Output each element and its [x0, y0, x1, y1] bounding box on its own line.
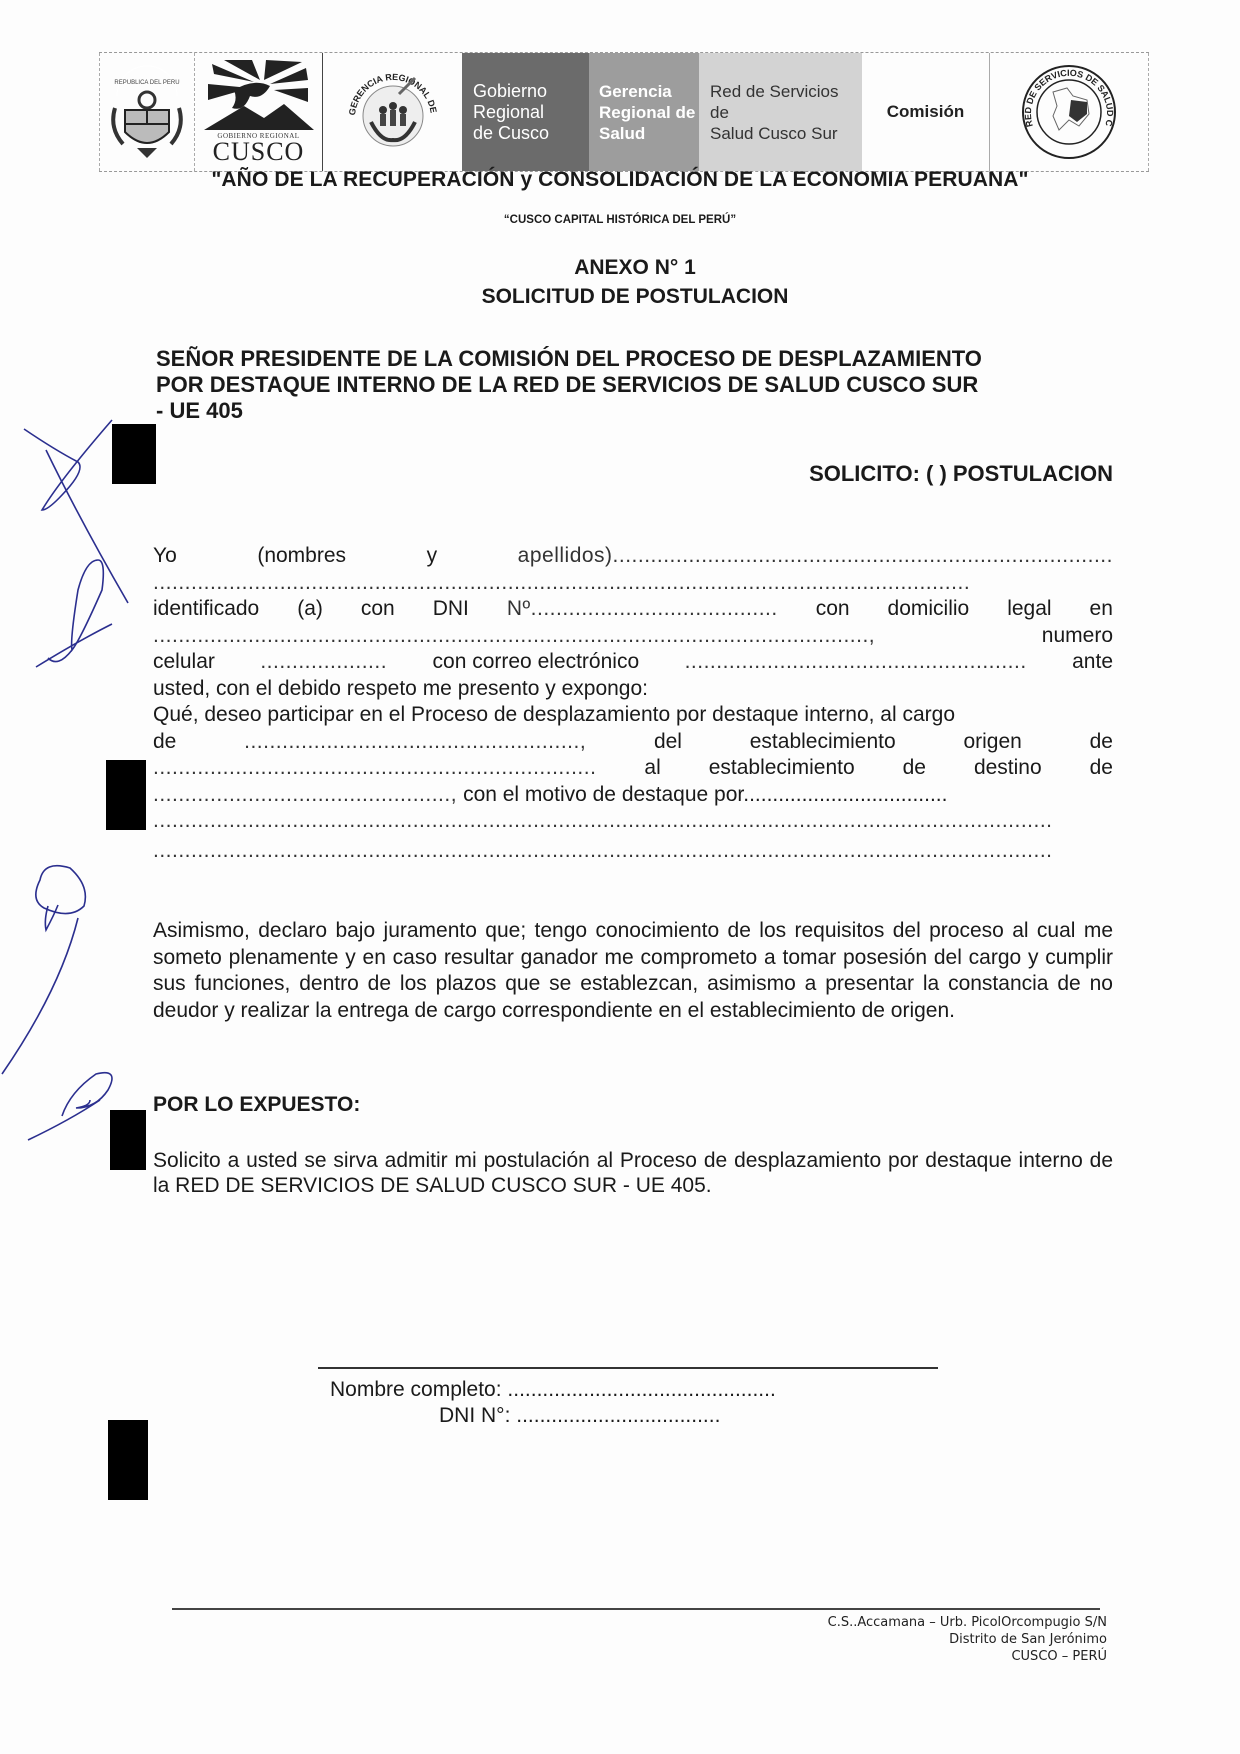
reason-field-continuation[interactable]: ........................................… — [153, 838, 1053, 868]
request-paragraph: Solicito a usted se sirva admitir mi pos… — [153, 1148, 1113, 1198]
applicant-form: Yo (nombres y apellidos)................… — [153, 543, 1113, 868]
scan-smudges — [106, 424, 156, 1500]
form-line-intent: Qué, deseo participar en el Proceso de d… — [153, 702, 1113, 729]
sun-mountains-icon — [204, 60, 314, 130]
footer-address: C.S..Accamana – Urb. PicolOrcompugio S/N… — [828, 1614, 1107, 1665]
name-field-continuation[interactable]: ........................................… — [153, 570, 970, 597]
form-line-name-cont: ........................................… — [153, 570, 1113, 597]
banner-gerencia-regional-salud: Gerencia Regional de Salud — [589, 53, 699, 171]
position-field[interactable]: ........................................… — [244, 729, 586, 756]
form-line-origin: ........................................… — [153, 755, 1113, 782]
origin-facility-field[interactable]: ........................................… — [153, 755, 596, 782]
cusco-label: CUSCO — [213, 140, 305, 164]
form-line-contact: celular .................... con correo … — [153, 649, 1113, 676]
header-banner: REPUBLICA DEL PERU GOBIERNO REGIONAL CUS… — [99, 52, 1149, 172]
form-line-reason-cont-1: ........................................… — [153, 808, 1113, 838]
signature-line — [318, 1367, 938, 1369]
red-salud-seal-icon: RED DE SERVICIOS DE SALUD CUSCO SUR — [1017, 60, 1121, 164]
full-name-field[interactable]: Nombre completo: .......................… — [330, 1378, 776, 1402]
banner-red-servicios: Red de Servicios de Salud Cusco Sur — [699, 53, 862, 171]
form-line-reason-cont-2: ........................................… — [153, 838, 1113, 868]
name-field[interactable]: apellidos)..............................… — [518, 543, 1113, 570]
banner-comision: Comisión — [862, 53, 990, 171]
form-line-dni: identificado (a) con DNI Nº.............… — [153, 596, 1113, 623]
gobierno-regional-cusco-logo: GOBIERNO REGIONAL CUSCO — [195, 53, 323, 171]
red-servicios-seal: RED DE SERVICIOS DE SALUD CUSCO SUR — [990, 53, 1149, 171]
por-lo-expuesto-heading: POR LO EXPUESTO: — [153, 1093, 360, 1117]
addressee-block: SEÑOR PRESIDENTE DE LA COMISIÓN DEL PROC… — [156, 346, 1116, 424]
annex-title: ANEXO N° 1 — [0, 256, 1240, 280]
banner-gobierno-regional: Gobierno Regional de Cusco — [462, 53, 589, 171]
handwritten-initials — [0, 0, 180, 1754]
form-line-respect: usted, con el debido respeto me presento… — [153, 676, 1113, 703]
footer-divider — [172, 1608, 1100, 1610]
form-line-position: de .....................................… — [153, 729, 1113, 756]
year-motto: "AÑO DE LA RECUPERACIÓN y CONSOLIDACIÓN … — [0, 168, 1240, 192]
dni-field[interactable]: Nº......................................… — [507, 596, 778, 623]
email-field[interactable]: ........................................… — [685, 649, 1027, 676]
reason-field-continuation[interactable]: ........................................… — [153, 808, 1053, 838]
document-subtitle: SOLICITUD DE POSTULACION — [0, 285, 1240, 309]
gerencia-salud-seal: GERENCIA REGIONAL DE SALUD CUSCO — [323, 53, 462, 171]
destination-facility-field[interactable]: ........................................… — [153, 782, 457, 809]
address-field[interactable]: ........................................… — [153, 623, 875, 650]
phone-field[interactable]: .................... — [260, 649, 387, 676]
form-line-name: Yo (nombres y apellidos)................… — [153, 543, 1113, 570]
health-seal-icon: GERENCIA REGIONAL DE SALUD CUSCO — [337, 56, 449, 168]
declaration-paragraph: Asimismo, declaro bajo juramento que; te… — [153, 918, 1113, 1024]
solicito-label: SOLICITO: ( ) POSTULACION — [809, 461, 1113, 487]
signature-dni-field[interactable]: DNI N°: ................................… — [439, 1404, 720, 1428]
reason-field[interactable]: con el motivo de destaque por...........… — [457, 782, 1113, 809]
form-line-address: ........................................… — [153, 623, 1113, 650]
form-line-destination: ........................................… — [153, 782, 1113, 809]
city-motto: “CUSCO CAPITAL HISTÓRICA DEL PERÚ” — [0, 214, 1240, 226]
